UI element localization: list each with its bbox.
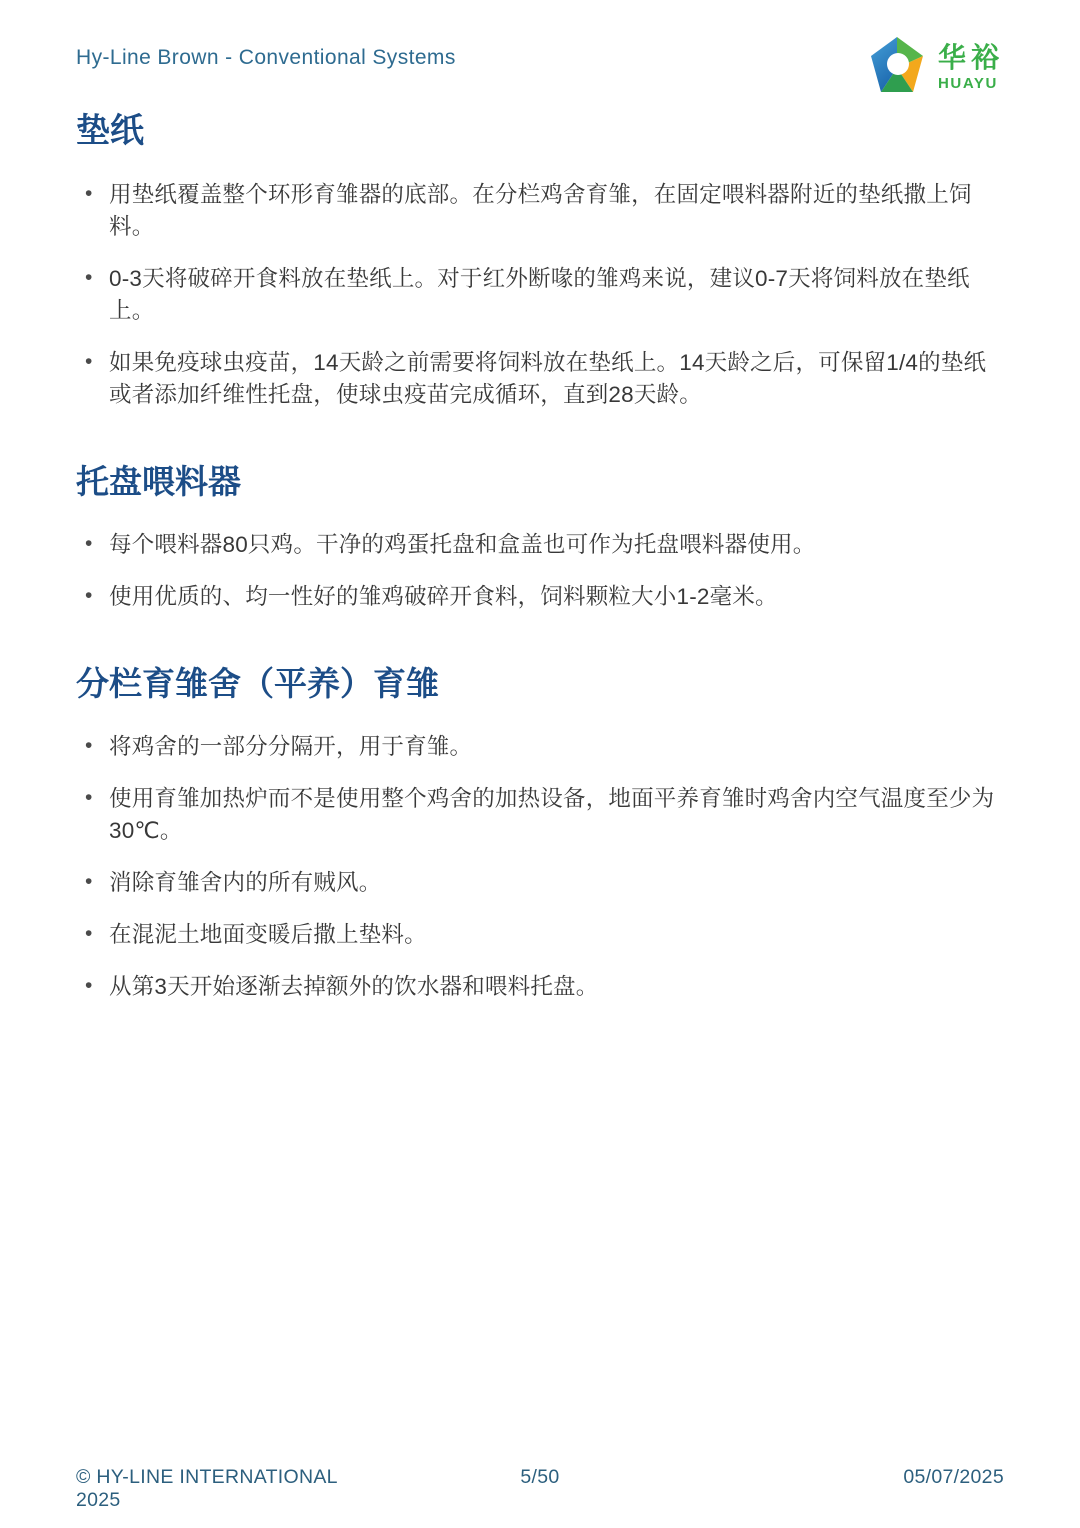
bullet-list-tray-feeders: 每个喂料器80只鸡。干净的鸡蛋托盘和盒盖也可作为托盘喂料器使用。 使用优质的、均… — [76, 529, 1004, 613]
logo-name-chinese: 华裕 — [938, 44, 1004, 72]
document-page: Hy-Line Brown - Conventional Systems — [0, 0, 1080, 1528]
bullet-item: 将鸡舍的一部分分隔开，用于育雏。 — [76, 731, 1004, 763]
footer-date: 05/07/2025 — [695, 1466, 1004, 1489]
bullet-item: 用垫纸覆盖整个环形育雏器的底部。在分栏鸡舍育雏，在固定喂料器附近的垫纸撒上饲料。 — [76, 179, 1004, 243]
huayu-logo-icon — [865, 34, 929, 103]
page-header: Hy-Line Brown - Conventional Systems — [76, 36, 1004, 110]
bullet-item: 从第3天开始逐渐去掉额外的饮水器和喂料托盘。 — [76, 971, 1004, 1003]
document-title: Hy-Line Brown - Conventional Systems — [76, 46, 456, 70]
bullet-list-litter-paper: 用垫纸覆盖整个环形育雏器的底部。在分栏鸡舍育雏，在固定喂料器附近的垫纸撒上饲料。… — [76, 179, 1004, 411]
bullet-item: 每个喂料器80只鸡。干净的鸡蛋托盘和盒盖也可作为托盘喂料器使用。 — [76, 529, 1004, 561]
bullet-item: 使用育雏加热炉而不是使用整个鸡舍的加热设备，地面平养育雏时鸡舍内空气温度至少为3… — [76, 783, 1004, 847]
huayu-logo: 华裕 HUAYU — [865, 34, 1004, 103]
section-heading-tray-feeders: 托盘喂料器 — [76, 463, 1004, 501]
footer-copyright: © HY-LINE INTERNATIONAL 2025 — [76, 1466, 385, 1512]
bullet-item: 如果免疫球虫疫苗，14天龄之前需要将饲料放在垫纸上。14天龄之后，可保留1/4的… — [76, 347, 1004, 411]
huayu-logo-wordmark: 华裕 HUAYU — [938, 44, 1004, 91]
page-footer: © HY-LINE INTERNATIONAL 2025 5/50 05/07/… — [76, 1466, 1004, 1512]
bullet-item: 消除育雏舍内的所有贼风。 — [76, 867, 1004, 899]
section-heading-litter-paper: 垫纸 — [76, 112, 1004, 151]
logo-name-latin: HUAYU — [938, 76, 1004, 91]
footer-page-number: 5/50 — [385, 1466, 694, 1489]
bullet-item: 使用优质的、均一性好的雏鸡破碎开食料，饲料颗粒大小1-2毫米。 — [76, 581, 1004, 613]
bullet-item: 在混泥土地面变暖后撒上垫料。 — [76, 919, 1004, 951]
bullet-list-partition-brooding: 将鸡舍的一部分分隔开，用于育雏。 使用育雏加热炉而不是使用整个鸡舍的加热设备，地… — [76, 731, 1004, 1003]
bullet-item: 0-3天将破碎开食料放在垫纸上。对于红外断喙的雏鸡来说，建议0-7天将饲料放在垫… — [76, 263, 1004, 327]
section-heading-partition-brooding: 分栏育雏舍（平养）育雏 — [76, 665, 1004, 703]
